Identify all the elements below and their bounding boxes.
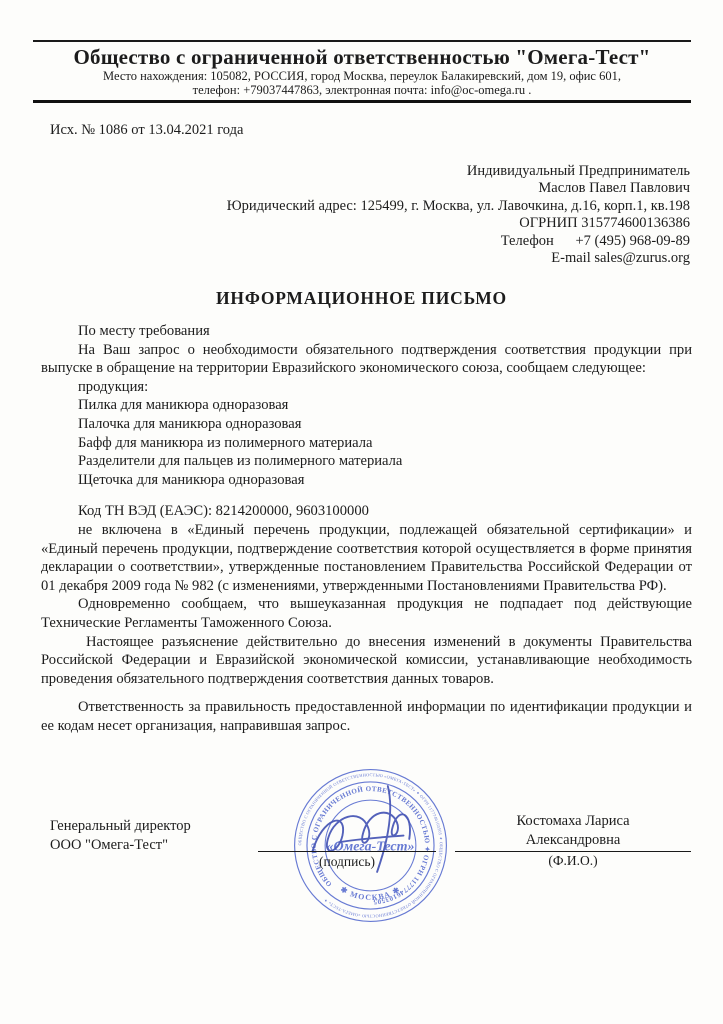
signatory-position: Генеральный директор ООО "Омега-Тест": [50, 817, 191, 855]
paragraph: На Ваш запрос о необходимости обязательн…: [41, 341, 692, 378]
signatory-name-block: Костомаха Лариса Александровна (Ф.И.О.): [455, 812, 691, 869]
document-body: По месту требования На Ваш запрос о необ…: [41, 322, 692, 735]
signature-line: [258, 851, 436, 852]
product-line: Палочка для маникюра одноразовая: [41, 415, 692, 434]
product-line: Бафф для маникюра из полимерного материа…: [41, 434, 692, 453]
document-title: ИНФОРМАЦИОННОЕ ПИСЬМО: [0, 288, 723, 309]
product-line: Щеточка для маникюра одноразовая: [41, 471, 692, 490]
letterhead-bottom-rule: [33, 100, 691, 103]
company-address: Место нахождения: 105082, РОССИЯ, город …: [33, 69, 691, 83]
document-page: Общество с ограниченной ответственностью…: [0, 0, 723, 1024]
company-name: Общество с ограниченной ответственностью…: [33, 45, 691, 69]
company-contacts: телефон: +79037447863, электронная почта…: [33, 83, 691, 97]
stamp-svg: ОБЩЕСТВО С ОГРАНИЧЕННОЙ ОТВЕТСТВЕННОСТЬЮ…: [288, 763, 453, 928]
recipient-line: ОГРНИП 315774600136386: [150, 215, 690, 232]
letterhead-top-rule: [33, 40, 691, 42]
recipient-line: E-mail sales@zurus.org: [150, 250, 690, 267]
signature-caption: (подпись): [258, 854, 436, 870]
recipient-line: Маслов Павел Павлович: [150, 180, 690, 197]
paragraph: По месту требования: [41, 322, 692, 341]
recipient-block: Индивидуальный Предприниматель Маслов Па…: [150, 163, 690, 268]
signatory-company-line: ООО "Омега-Тест": [50, 836, 191, 855]
paragraph: Одновременно сообщаем, что вышеуказанная…: [41, 595, 692, 632]
recipient-line: Индивидуальный Предприниматель: [150, 163, 690, 180]
paragraph: не включена в «Единый перечень продукции…: [41, 521, 692, 595]
recipient-line: Телефон +7 (495) 968-09-89: [150, 233, 690, 250]
signatory-name: Александровна: [455, 831, 691, 850]
fio-caption: (Ф.И.О.): [455, 852, 691, 869]
signatory-name: Костомаха Лариса: [455, 812, 691, 831]
paragraph: Ответственность за правильность предоста…: [41, 698, 692, 735]
letterhead: Общество с ограниченной ответственностью…: [33, 40, 691, 103]
outgoing-reference: Исх. № 1086 от 13.04.2021 года: [50, 122, 243, 139]
paragraph: Настоящее разъяснение действительно до в…: [41, 633, 692, 689]
signatory-position-line: Генеральный директор: [50, 817, 191, 836]
company-stamp: ОБЩЕСТВО С ОГРАНИЧЕННОЙ ОТВЕТСТВЕННОСТЬЮ…: [288, 763, 453, 928]
recipient-line: Юридический адрес: 125499, г. Москва, ул…: [150, 198, 690, 215]
product-line: Пилка для маникюра одноразовая: [41, 396, 692, 415]
product-line: Разделители для пальцев из полимерного м…: [41, 452, 692, 471]
paragraph: продукция:: [41, 378, 692, 397]
paragraph: Код ТН ВЭД (ЕАЭС): 8214200000, 960310000…: [41, 502, 692, 521]
signature-area: Генеральный директор ООО "Омега-Тест" (п…: [0, 805, 723, 1024]
